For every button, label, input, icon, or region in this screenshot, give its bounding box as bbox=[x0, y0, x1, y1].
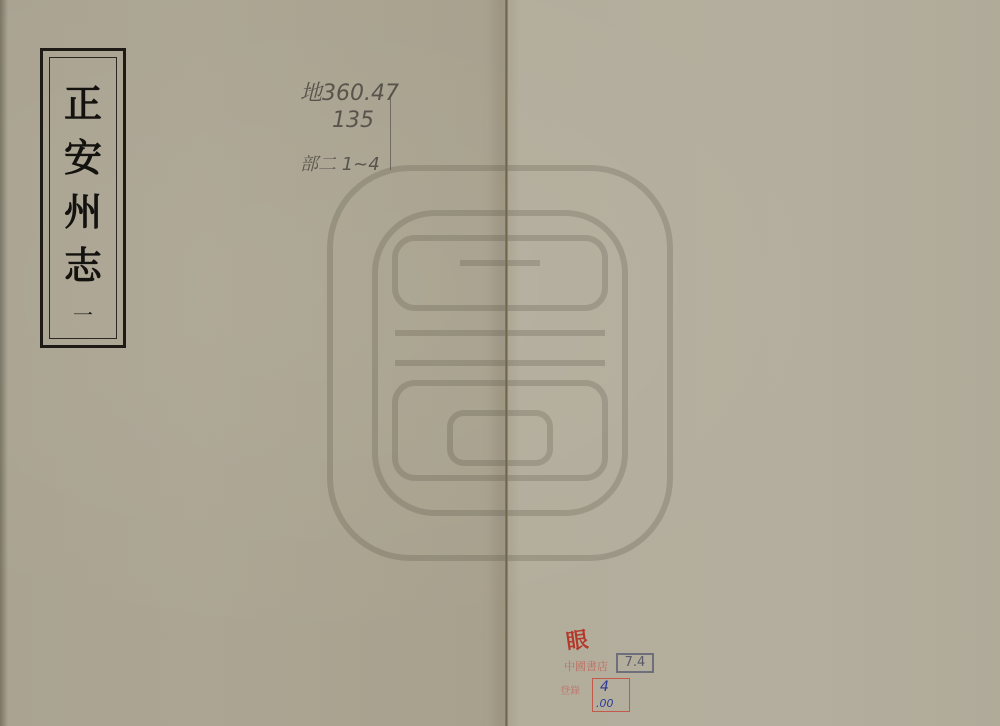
pencil-number: 135 bbox=[332, 108, 374, 133]
red-stamp-text: 中國書店 bbox=[564, 658, 608, 674]
blue-ink-value-1: 4 bbox=[600, 679, 609, 695]
blue-ink-value-2: .00 bbox=[596, 697, 614, 710]
red-stamp-text-2: 登錄 bbox=[560, 682, 580, 697]
title-label: 正 安 州 志 一 bbox=[40, 48, 126, 348]
spine-crease bbox=[505, 0, 508, 726]
title-char-1: 正 bbox=[43, 85, 123, 123]
title-char-4: 志 bbox=[43, 247, 123, 285]
title-char-3: 州 bbox=[43, 193, 123, 231]
pencil-volumes: 部二 1~4 bbox=[300, 150, 380, 176]
grey-box-stamp: 7.4 bbox=[616, 653, 654, 673]
red-seal-stamp: 眼 bbox=[564, 623, 590, 657]
title-char-2: 安 bbox=[43, 139, 123, 177]
volume-number: 一 bbox=[43, 299, 123, 328]
pencil-bracket bbox=[382, 94, 391, 170]
left-edge-shadow bbox=[0, 0, 8, 726]
spine-shadow bbox=[488, 0, 506, 726]
